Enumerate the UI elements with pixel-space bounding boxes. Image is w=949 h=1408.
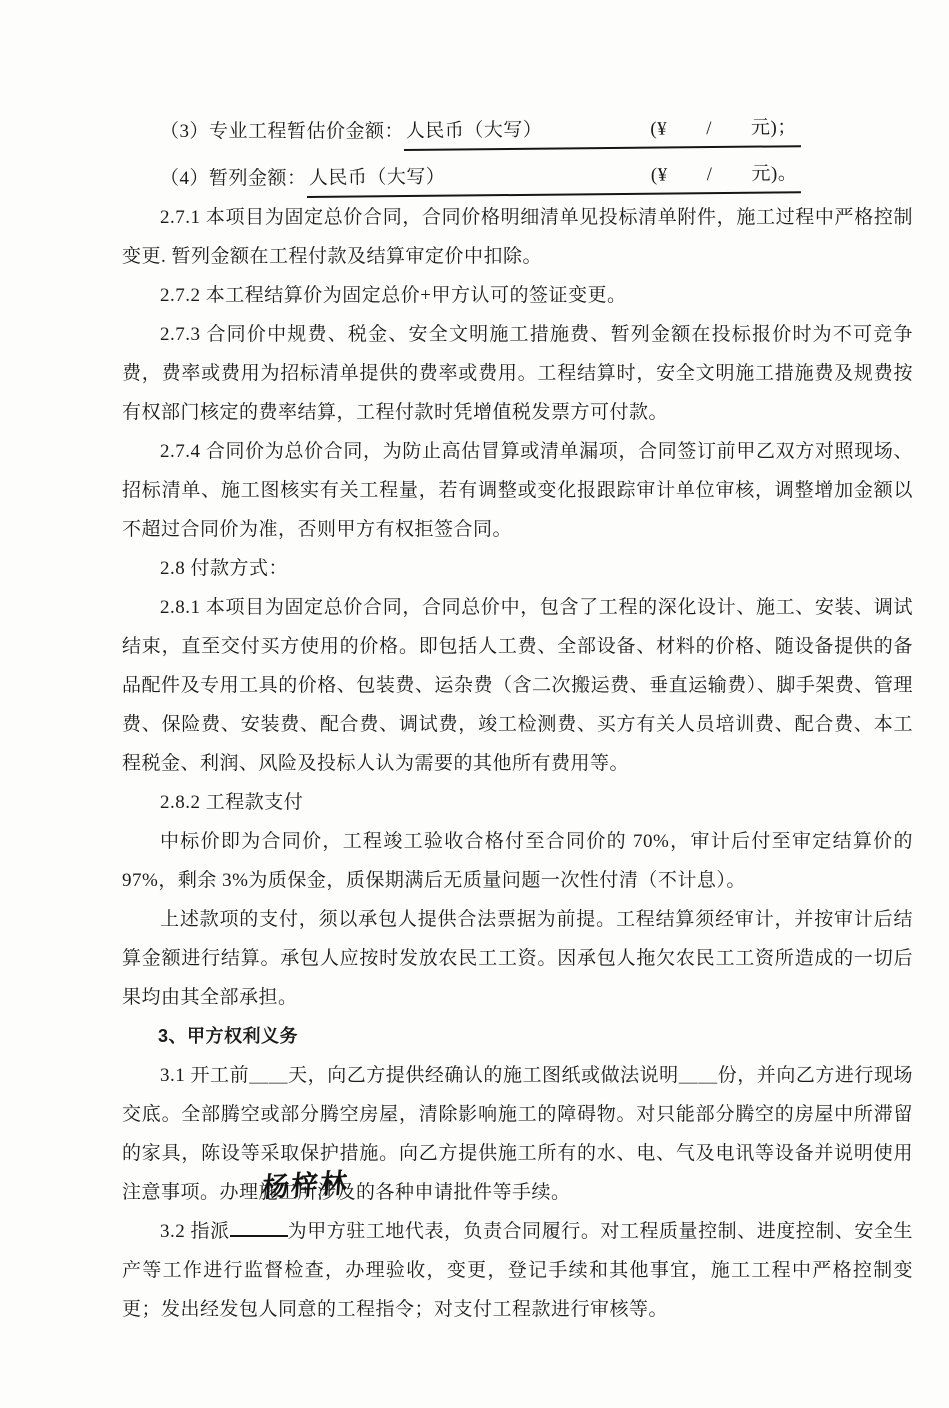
clause-2-7-4: 2.7.4 合同价为总价合同，为防止高估冒算或清单漏项，合同签订前甲乙双方对照现… [122,432,913,549]
clause-2-8-1: 2.8.1 本项目为固定总价合同，合同总价中，包含了工程的深化设计、施工、安装、… [122,588,913,783]
clause-2-7-2: 2.7.2 本工程结算价为固定总价+甲方认可的签证变更。 [122,276,913,315]
currency-amount: (¥ / 元)； [650,111,801,146]
clause-2-7-3: 2.7.3 合同价中规费、税金、安全文明施工措施费、暂列金额在投标报价时为不可竞… [122,315,913,432]
field-line-professional-provisional-sum: （3）专业工程暂估价金额： 人民币（大写） (¥ / 元)； [160,104,801,151]
contract-body: （3）专业工程暂估价金额： 人民币（大写） (¥ / 元)； （4）暂列金额： … [122,104,913,1329]
invoice-settlement-paragraph: 上述款项的支付，须以承包人提供合法票据为前提。工程结算须经审计，并按审计后结算金… [122,900,913,1017]
blank-underline: 人民币（大写） (¥ / 元)； [404,111,801,151]
clause-2-7-1: 2.7.1 本项目为固定总价合同，合同价格明细清单见投标清单附件，施工过程中严格… [122,198,913,276]
payment-terms-paragraph: 中标价即为合同价，工程竣工验收合格付至合同价的 70%，审计后付至审定结算价的 … [122,822,913,900]
clause-2-8-heading: 2.8 付款方式： [122,549,913,588]
clause-3-2: 3.2 指派杨梓林为甲方驻工地代表，负责合同履行。对工程质量控制、进度控制、安全… [122,1212,913,1329]
section-3-heading: 3、甲方权利义务 [122,1017,913,1056]
field-label: （3）专业工程暂估价金额： [160,112,404,151]
clause-3-2-prefix: 3.2 指派 [160,1221,230,1242]
field-label: （4）暂列金额： [160,159,307,198]
representative-name-blank: 杨梓林 [230,1216,288,1237]
currency-fill-label: 人民币（大写） [404,114,543,149]
blank-underline: 人民币（大写） (¥ / 元)。 [306,157,801,198]
currency-amount: (¥ / 元)。 [650,157,801,192]
clause-2-8-2-heading: 2.8.2 工程款支付 [122,783,913,822]
contract-page: （3）专业工程暂估价金额： 人民币（大写） (¥ / 元)； （4）暂列金额： … [0,0,949,1408]
currency-fill-label: 人民币（大写） [306,161,445,196]
field-line-provisional-amount: （4）暂列金额： 人民币（大写） (¥ / 元)。 [160,151,801,198]
